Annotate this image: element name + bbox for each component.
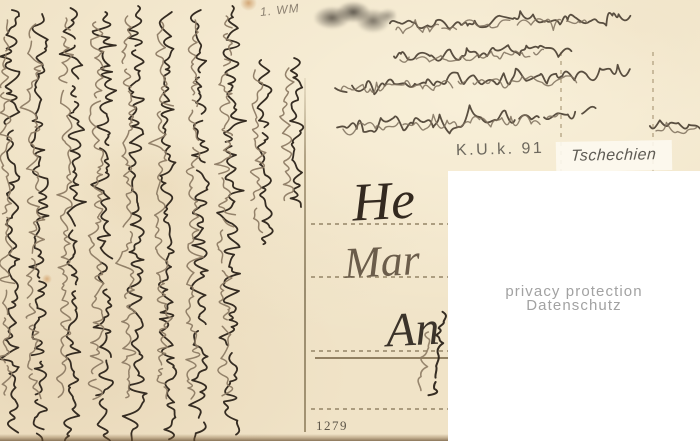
address-town-partial: An xyxy=(385,305,441,356)
region-annotation-strip: Tschechien xyxy=(556,140,673,172)
printed-serial-number: 1279 xyxy=(316,418,348,434)
card-center-divider xyxy=(304,78,306,432)
address-dotted-rule xyxy=(311,408,449,410)
privacy-text-line2: Datenschutz xyxy=(448,299,700,313)
pencil-smudge xyxy=(314,0,396,42)
privacy-overlay: privacy protection Datenschutz xyxy=(448,171,700,441)
card-bottom-edge-shadow xyxy=(0,434,448,441)
address-solid-rule xyxy=(315,357,449,359)
address-name-partial: He xyxy=(351,172,417,229)
postcard-scan: He Mar An 1. WM K.U.k. 91 Tschechien 127… xyxy=(0,0,700,441)
address-name-partial: Mar xyxy=(343,238,421,286)
region-annotation: Tschechien xyxy=(571,146,657,166)
privacy-overlay-text: privacy protection Datenschutz xyxy=(448,285,700,312)
unit-annotation: K.U.k. 91 xyxy=(456,140,545,160)
